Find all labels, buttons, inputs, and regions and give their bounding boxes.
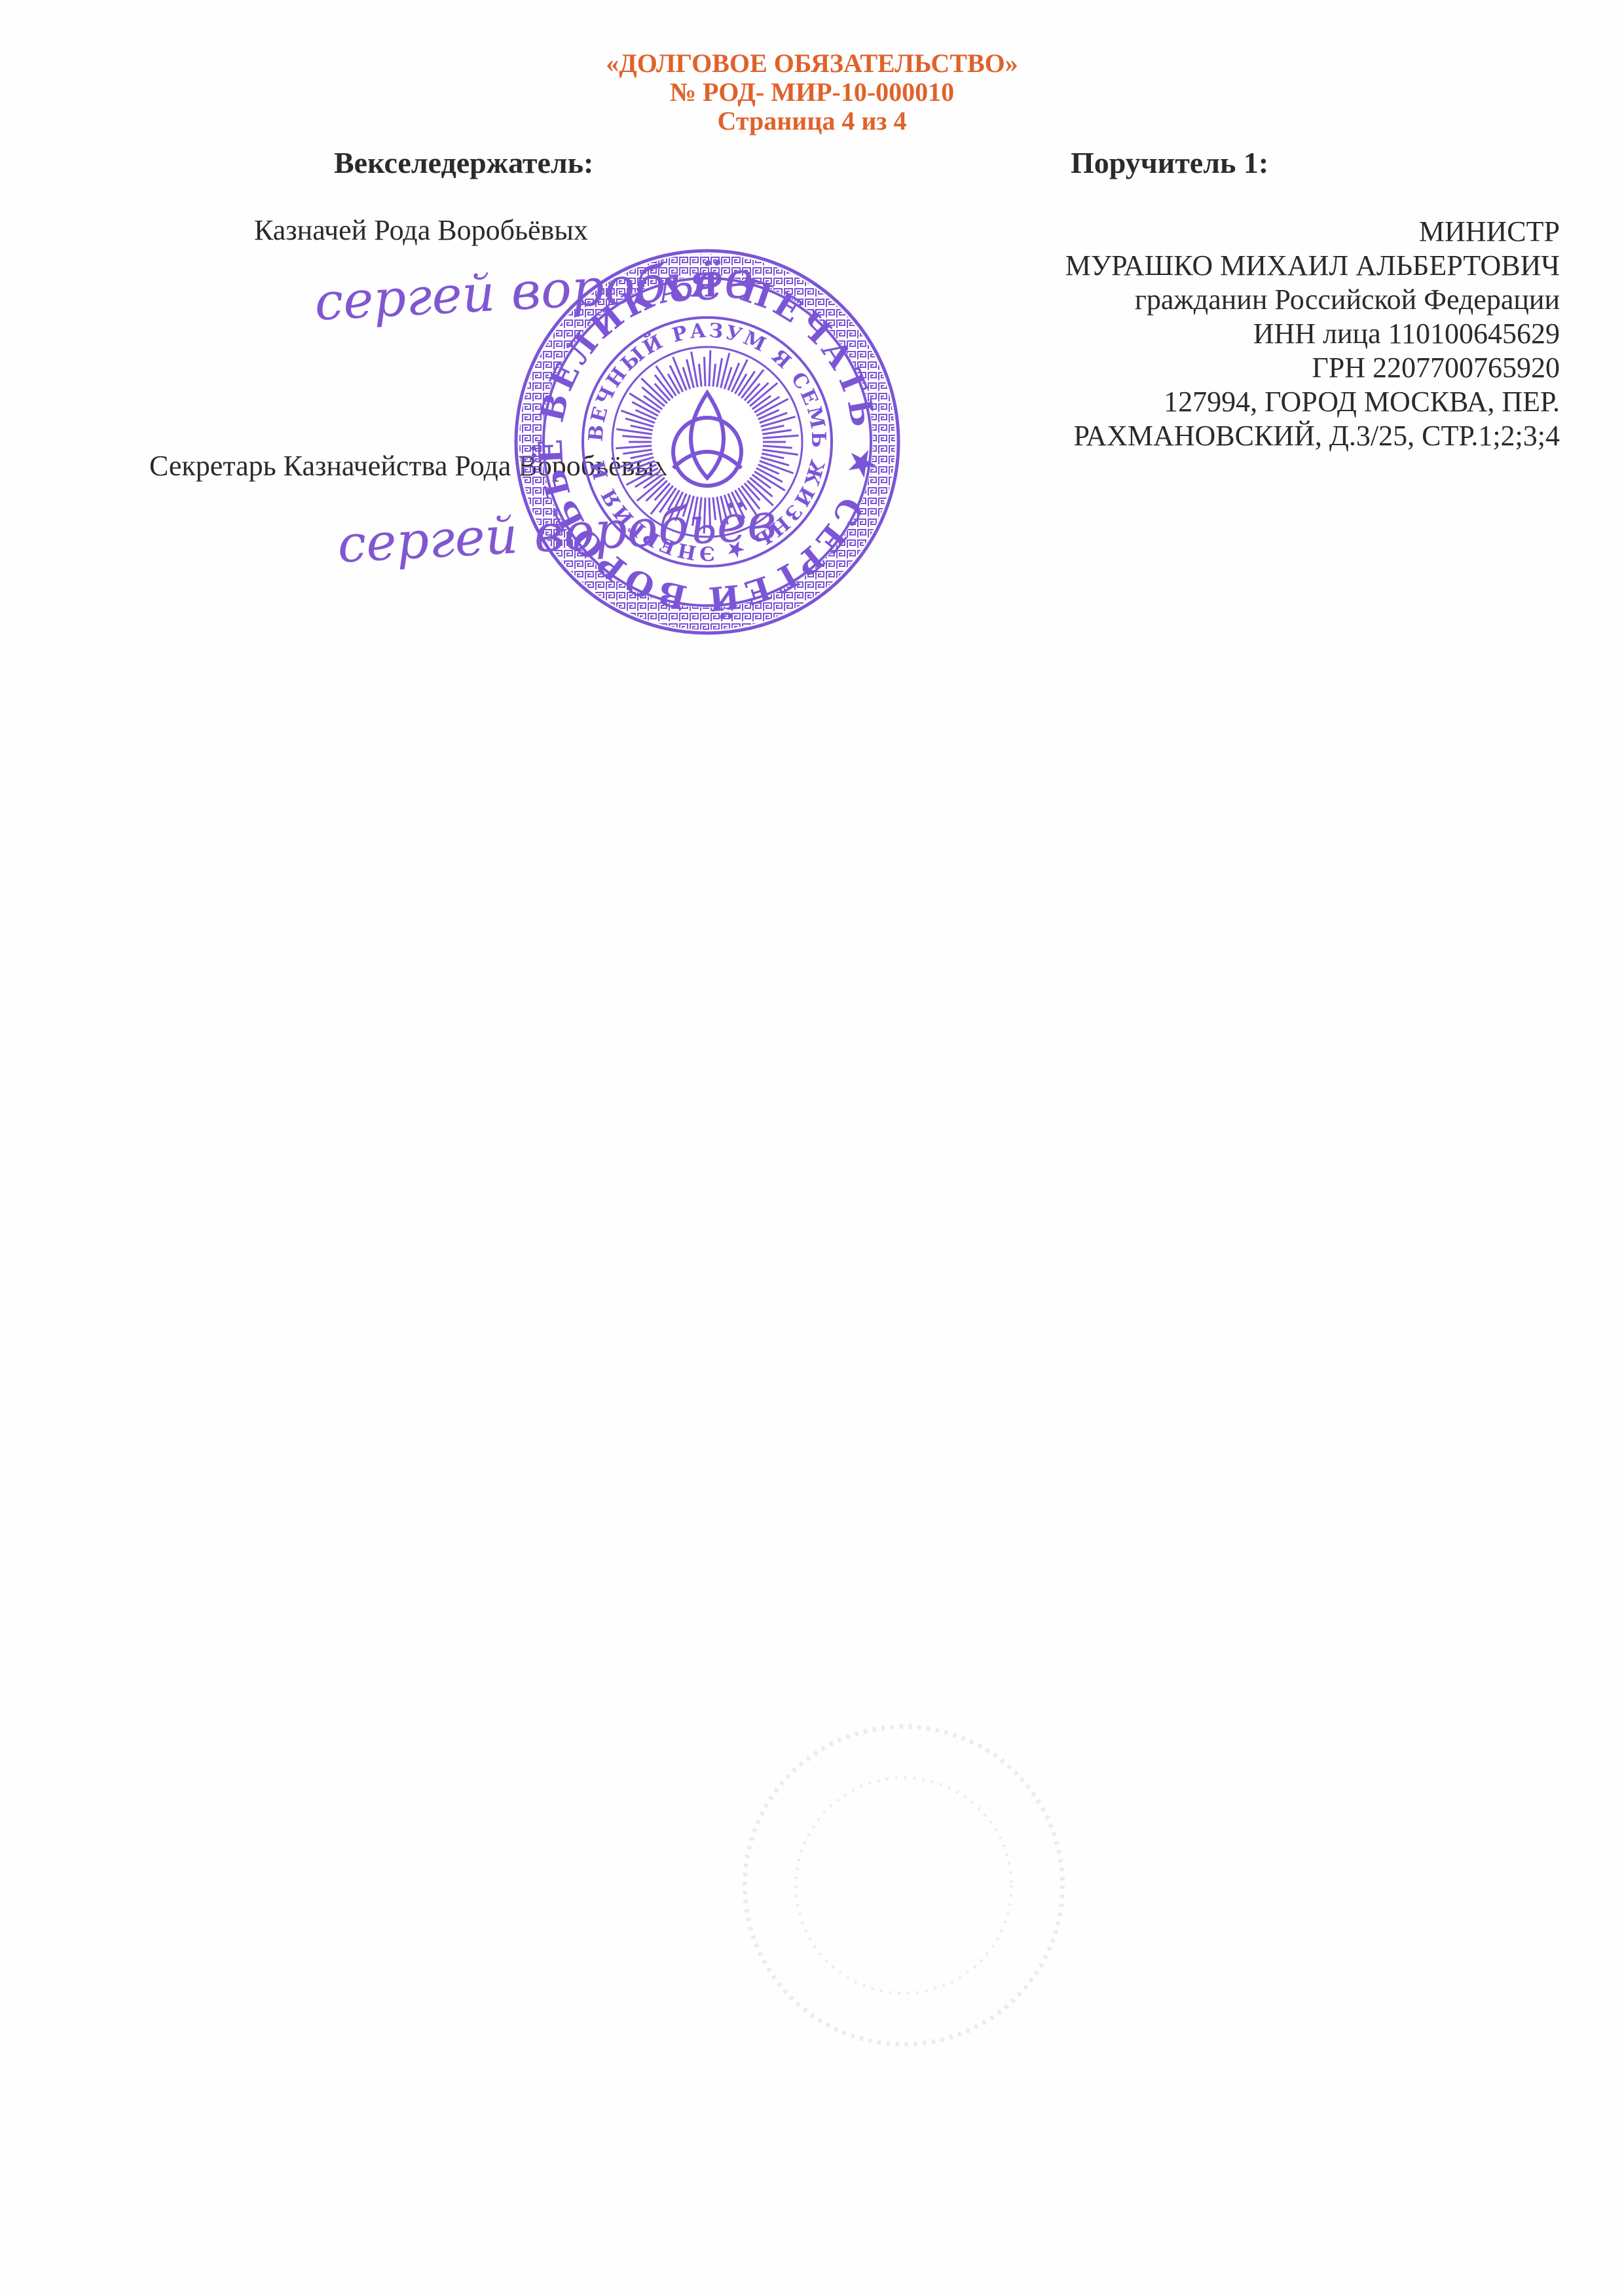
treasurer-role: Казначей Рода Воробьёвых (254, 215, 588, 246)
document-page: «ДОЛГОВОЕ ОБЯЗАТЕЛЬСТВО» № РОД- МИР-10-0… (0, 0, 1624, 2296)
guarantor-inn: ИНН лица 110100645629 (1065, 317, 1560, 351)
faint-stamp-imprint (733, 1715, 1074, 2056)
guarantor-details: МИНИСТР МУРАШКО МИХАИЛ АЛЬБЕРТОВИЧ гражд… (1065, 215, 1560, 453)
guarantor-name: МУРАШКО МИХАИЛ АЛЬБЕРТОВИЧ (1065, 249, 1560, 283)
page-indicator: Страница 4 из 4 (0, 107, 1624, 136)
treasurer-signature: сергей воробьёв (313, 250, 755, 332)
document-number: № РОД- МИР-10-000010 (0, 78, 1624, 107)
guarantor-citizenship: гражданин Российской Федерации (1065, 283, 1560, 317)
document-title: «ДОЛГОВОЕ ОБЯЗАТЕЛЬСТВО» (0, 49, 1624, 78)
secretary-signature: сергей воробьёв (336, 492, 778, 574)
guarantor-heading: Поручитель 1: (1071, 145, 1268, 180)
guarantor-title: МИНИСТР (1065, 215, 1560, 249)
secretary-role: Секретарь Казначейства Рода Воробьёвых (149, 450, 669, 482)
guarantor-address-line2: РАХМАНОВСКИЙ, Д.3/25, СТР.1;2;3;4 (1065, 419, 1560, 453)
guarantor-address-line1: 127994, ГОРОД МОСКВА, ПЕР. (1065, 385, 1560, 419)
guarantor-grn: ГРН 2207700765920 (1065, 351, 1560, 385)
triquetra-icon (673, 393, 741, 486)
holder-heading: Векселедержатель: (334, 145, 593, 180)
document-header: «ДОЛГОВОЕ ОБЯЗАТЕЛЬСТВО» № РОД- МИР-10-0… (0, 49, 1624, 136)
